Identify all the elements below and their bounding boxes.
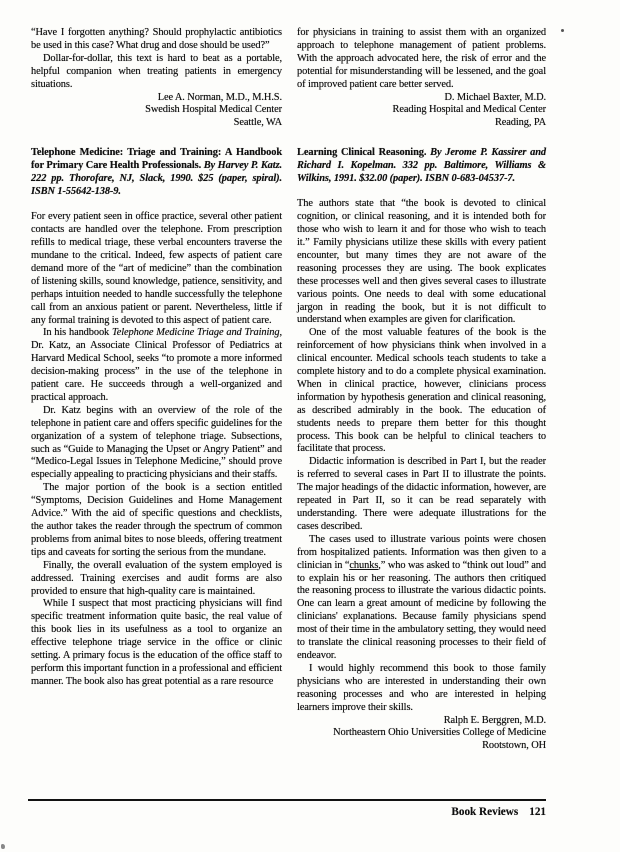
reviewer-location: Rootstown, OH <box>297 740 546 753</box>
reviewer-affiliation: Swedish Hospital Medical Center <box>31 104 282 117</box>
reviewer-location: Seattle, WA <box>31 117 282 130</box>
review-paragraph: One of the most valuable features of the… <box>297 327 546 456</box>
reviewer-signature-norman: Lee A. Norman, M.D., M.H.S. Swedish Hosp… <box>31 92 282 131</box>
review-paragraph: The authors state that “the book is devo… <box>297 198 546 327</box>
reviewer-affiliation: Northeastern Ohio Universities College o… <box>297 727 546 740</box>
previous-review-closing-paragraph: Dollar-for-dollar, this text is hard to … <box>31 53 282 92</box>
left-column: “Have I forgotten anything? Should proph… <box>31 27 282 689</box>
review-paragraph: The cases used to illustrate various poi… <box>297 534 546 663</box>
footer-rule <box>28 799 546 801</box>
review-paragraph: Didactic information is described in Par… <box>297 456 546 533</box>
reviewer-signature-berggren: Ralph E. Berggren, M.D. Northeastern Ohi… <box>297 715 546 754</box>
review-paragraph: Dr. Katz begins with an overview of the … <box>31 405 282 482</box>
review-paragraph: The major portion of the book is a secti… <box>31 482 282 559</box>
book-title: Learning Clinical Reasoning. <box>297 147 430 158</box>
reviewer-name: Lee A. Norman, M.D., M.H.S. <box>31 92 282 105</box>
review-paragraph: I would highly recommend this book to th… <box>297 663 546 715</box>
journal-page: “Have I forgotten anything? Should proph… <box>0 0 620 852</box>
scan-artifact <box>561 29 564 32</box>
footer-section-label: Book Reviews <box>451 806 518 818</box>
book-heading-telephone-medicine: Telephone Medicine: Triage and Training:… <box>31 146 282 198</box>
reviewer-location: Reading, PA <box>297 117 546 130</box>
review-paragraph: Finally, the overall evaluation of the s… <box>31 560 282 599</box>
review-paragraph: In his handbook Telephone Medicine Triag… <box>31 327 282 404</box>
footer-page-number: 121 <box>529 806 546 818</box>
reviewer-name: Ralph E. Berggren, M.D. <box>297 715 546 728</box>
reviewer-affiliation: Reading Hospital and Medical Center <box>297 104 546 117</box>
book-heading-learning-clinical-reasoning: Learning Clinical Reasoning.By Jerome P.… <box>297 146 546 185</box>
reviewer-signature-baxter: D. Michael Baxter, M.D. Reading Hospital… <box>297 92 546 131</box>
review-paragraph: While I suspect that most practicing phy… <box>31 598 282 688</box>
review-paragraph-continuation: for physicians in training to assist the… <box>297 27 546 92</box>
right-column: for physicians in training to assist the… <box>297 27 546 753</box>
reviewer-name: D. Michael Baxter, M.D. <box>297 92 546 105</box>
previous-review-closing-quote: “Have I forgotten anything? Should proph… <box>31 27 282 53</box>
review-paragraph: For every patient seen in office practic… <box>31 211 282 327</box>
scan-artifact <box>1 844 5 849</box>
page-footer: Book Reviews121 <box>28 806 546 818</box>
